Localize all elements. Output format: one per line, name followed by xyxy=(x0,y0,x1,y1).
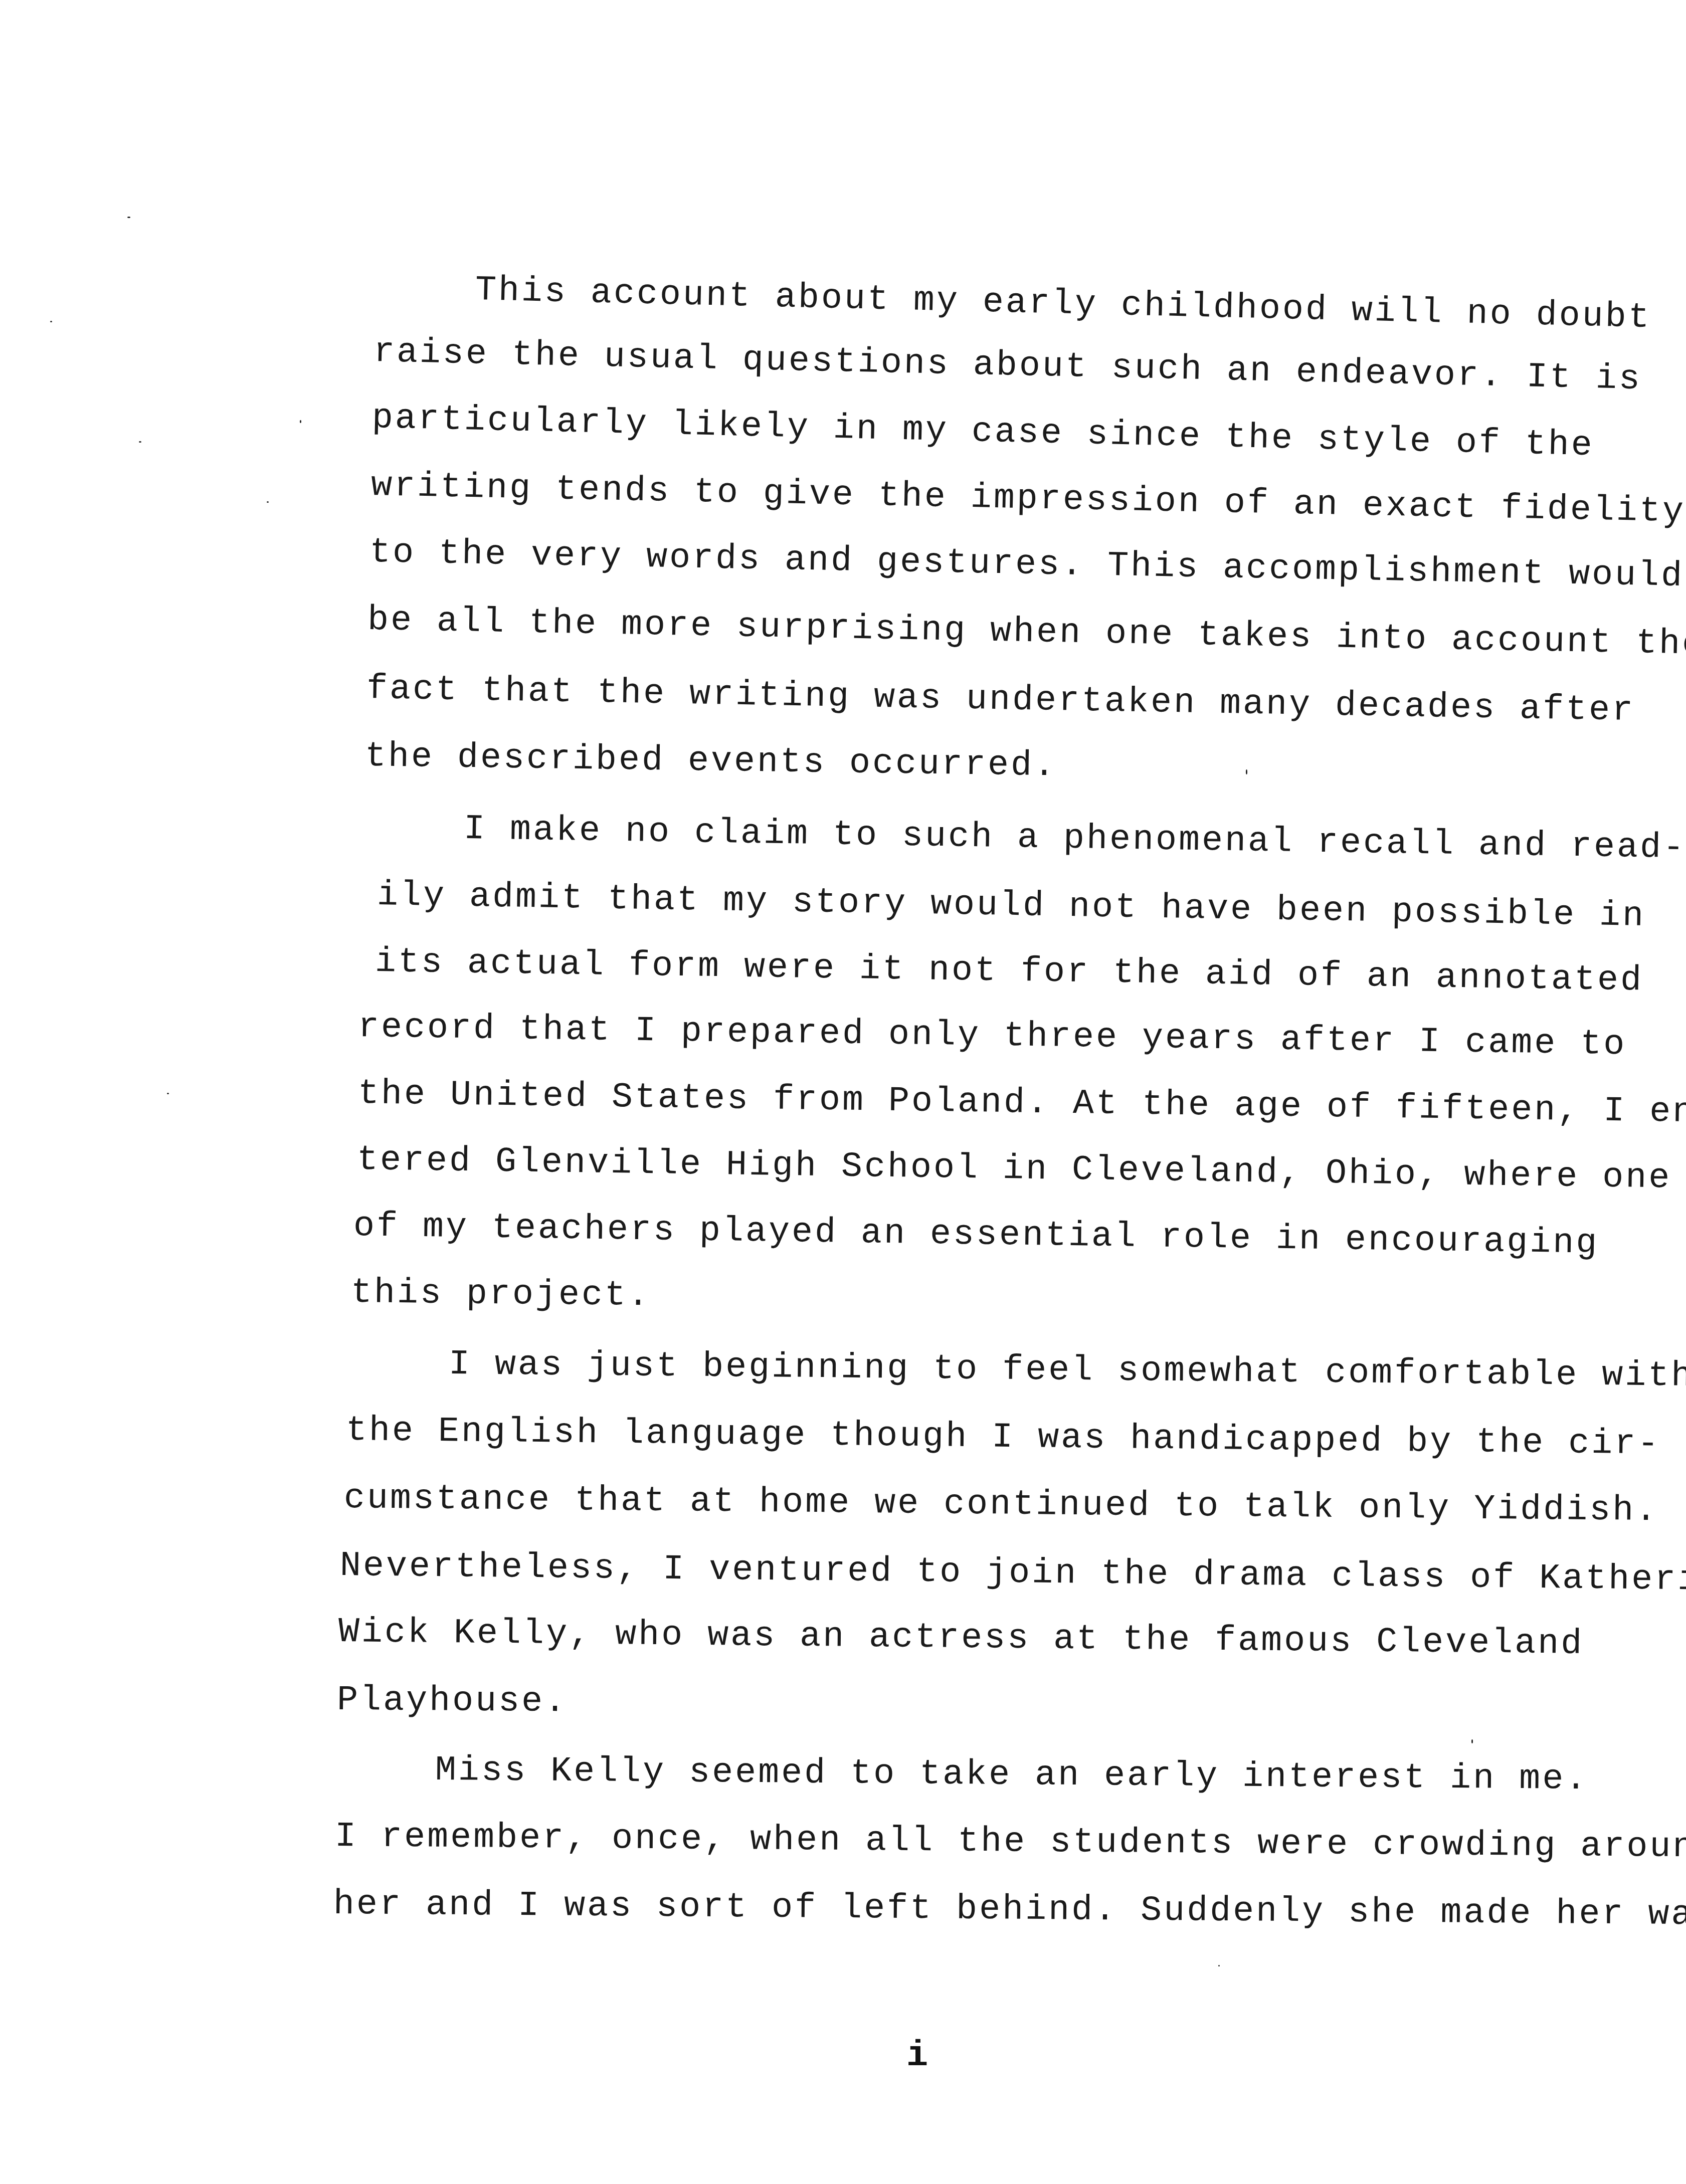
scan-speck xyxy=(1218,1965,1220,1966)
text-line: Nevertheless, I ventured to join the dra… xyxy=(340,1549,1686,1599)
text-line: the described events occurred. xyxy=(365,739,1057,784)
text-line: writing tends to give the impression of … xyxy=(370,469,1686,531)
text-line: this project. xyxy=(351,1276,651,1314)
text-line: the English language though I was handic… xyxy=(346,1414,1661,1462)
text-line: Playhouse. xyxy=(337,1683,568,1720)
scan-speck xyxy=(1246,769,1247,774)
scan-speck xyxy=(1471,1739,1473,1743)
text-line: fact that the writing was undertaken man… xyxy=(366,672,1635,729)
text-line: ily admit that my story would not have b… xyxy=(377,878,1645,934)
text-line: Miss Kelly seemed to take an early inter… xyxy=(435,1753,1589,1798)
text-line: its actual form were it not for the aid … xyxy=(374,945,1643,999)
text-line: I remember, once, when all the students … xyxy=(335,1820,1686,1866)
scan-speck xyxy=(50,321,52,322)
text-line: This account about my early childhood wi… xyxy=(475,273,1651,336)
scan-speck xyxy=(127,217,130,218)
scan-speck xyxy=(267,501,269,503)
scan-speck xyxy=(167,1093,169,1094)
scan-speck xyxy=(139,441,141,443)
text-line: be all the more surprising when one take… xyxy=(367,603,1686,663)
text-line: record that I prepared only three years … xyxy=(358,1010,1627,1063)
text-line: I make no claim to such a phenomenal rec… xyxy=(463,812,1686,866)
text-line: her and I was sort of left behind. Sudde… xyxy=(333,1887,1686,1933)
text-line: to the very words and gestures. This acc… xyxy=(369,535,1684,594)
text-line: I was just beginning to feel somewhat co… xyxy=(449,1347,1686,1395)
text-line: tered Glenville High School in Cleveland… xyxy=(357,1143,1672,1197)
scan-speck xyxy=(300,420,301,423)
text-line: the United States from Poland. At the ag… xyxy=(358,1077,1686,1131)
text-line: raise the usual questions about such an … xyxy=(373,335,1642,398)
page-number: i xyxy=(906,2035,928,2076)
text-line: of my teachers played an essential role … xyxy=(353,1209,1599,1262)
manuscript-page: This account about my early childhood wi… xyxy=(0,0,1686,2184)
text-line: particularly likely in my case since the… xyxy=(371,401,1594,464)
text-line: cumstance that at home we continued to t… xyxy=(344,1481,1659,1529)
text-line: Wick Kelly, who was an actress at the fa… xyxy=(338,1615,1584,1662)
